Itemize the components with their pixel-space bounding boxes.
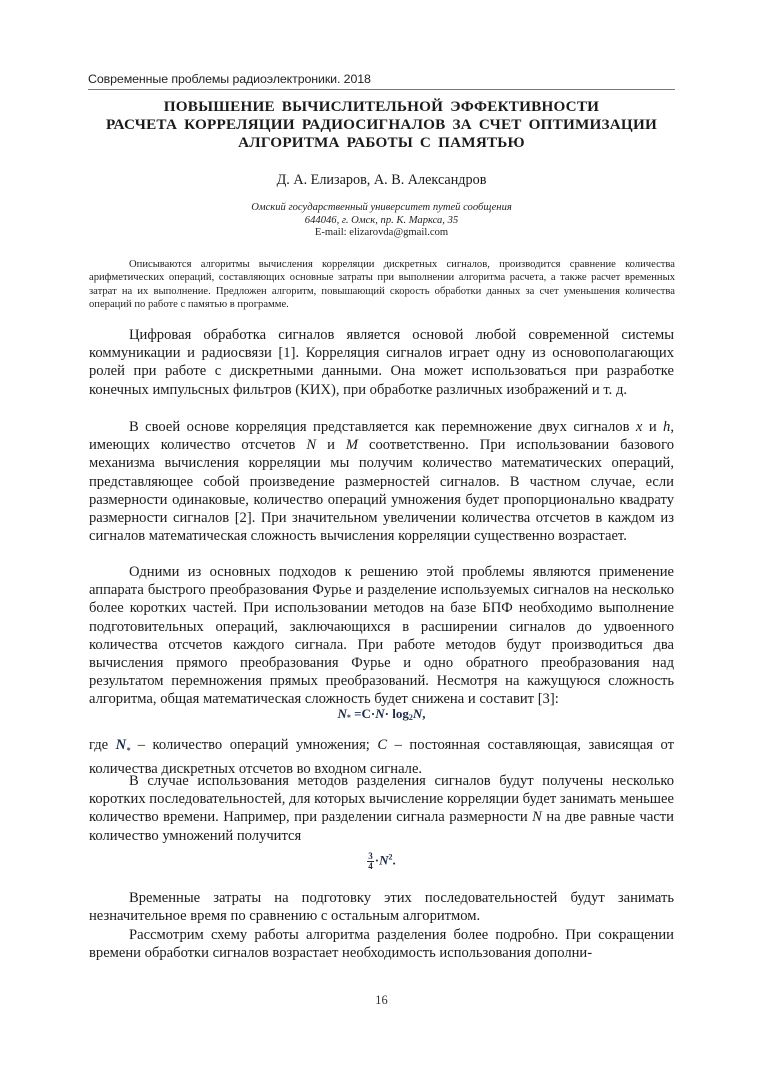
- var-N: N: [532, 809, 542, 825]
- address: 644046, г. Омск, пр. К. Маркса, 35: [88, 215, 675, 228]
- institution: Омский государственный университет путей…: [88, 202, 675, 215]
- paragraph-6: Временные затраты на подготовку этих пос…: [89, 889, 674, 925]
- equation-split-complexity: 34·N2.: [88, 852, 675, 871]
- affiliation: Омский государственный университет путей…: [88, 202, 675, 240]
- paragraph-2: В своей основе корреляция представляется…: [89, 418, 674, 545]
- paper-title: ПОВЫШЕНИЕ ВЫЧИСЛИТЕЛЬНОЙ ЭФФЕКТИВНОСТИ Р…: [88, 98, 675, 152]
- var-N-mult: N*: [116, 737, 131, 753]
- header-rule: [88, 89, 675, 90]
- paragraph-1: Цифровая обработка сигналов является осн…: [89, 326, 674, 399]
- paragraph-5: В случае использования методов разделени…: [89, 772, 674, 845]
- running-header: Современные проблемы радиоэлектроники. 2…: [88, 72, 675, 86]
- document-page: Современные проблемы радиоэлектроники. 2…: [0, 0, 764, 1080]
- authors: Д. А. Елизаров, А. В. Александров: [88, 172, 675, 189]
- email: E-mail: elizarovda@gmail.com: [88, 227, 675, 240]
- paragraph-3: Одними из основных подходов к решению эт…: [89, 563, 674, 709]
- fraction: 34: [367, 852, 374, 871]
- title-line: ПОВЫШЕНИЕ ВЫЧИСЛИТЕЛЬНОЙ ЭФФЕКТИВНОСТИ: [88, 98, 675, 116]
- var-C: C: [377, 737, 387, 753]
- title-line: РАСЧЕТА КОРРЕЛЯЦИИ РАДИОСИГНАЛОВ ЗА СЧЕТ…: [88, 116, 675, 134]
- var-M: M: [346, 437, 358, 453]
- title-line: АЛГОРИТМА РАБОТЫ С ПАМЯТЬЮ: [88, 134, 675, 152]
- abstract: Описываются алгоритмы вычисления корреля…: [89, 258, 675, 312]
- page-number: 16: [88, 993, 675, 1008]
- equation-fft-complexity: N* =C·N· log2N,: [88, 706, 675, 722]
- paragraph-7: Рассмотрим схему работы алгоритма раздел…: [89, 926, 674, 962]
- var-N: N: [306, 437, 316, 453]
